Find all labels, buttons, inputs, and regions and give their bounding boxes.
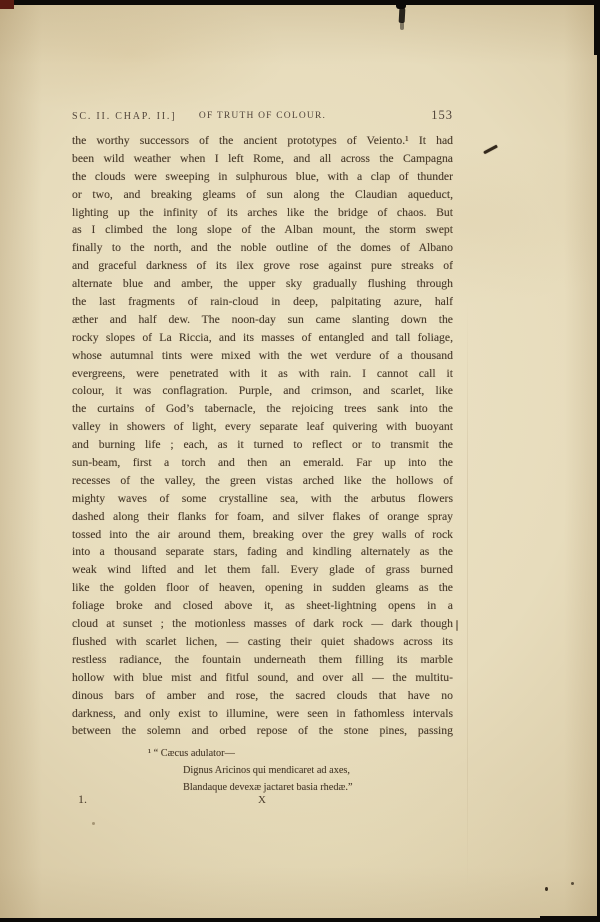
text-line: restless radiance, the fountain undernea… xyxy=(72,651,453,669)
scan-edge-right xyxy=(594,0,600,55)
text-line: the worthy successors of the ancient pro… xyxy=(72,132,453,150)
text-line: evergreens, were penetrated with it as w… xyxy=(72,365,453,383)
text-line: darkness, and only exist to illumine, we… xyxy=(72,705,453,723)
text-line: as I climbed the long slope of the Alban… xyxy=(72,221,453,239)
scan-edge-top xyxy=(0,0,600,5)
text-line: tossed into the air around them, breakin… xyxy=(72,526,453,544)
text-line: recesses of the valley, the green vistas… xyxy=(72,472,453,490)
signature-mark: X xyxy=(72,794,453,806)
text-line: colour, it was conflagration. Purple, an… xyxy=(72,382,453,400)
paper-crease xyxy=(467,300,468,890)
text-line: flushed with scarlet lichen, — casting t… xyxy=(72,633,453,651)
scan-edge-bottom xyxy=(540,916,600,922)
text-line: lighting up the infinity of its arches l… xyxy=(72,204,453,222)
running-title: OF TRUTH OF COLOUR. xyxy=(72,111,453,121)
text-line: or two, and breaking gleams of sun along… xyxy=(72,186,453,204)
text-line: the clouds were sweeping in sulphurous b… xyxy=(72,168,453,186)
text-line: the last fragments of rain-cloud in deep… xyxy=(72,293,453,311)
text-line: rocky slopes of La Riccia, and its masse… xyxy=(72,329,453,347)
footnote-line: Dignus Aricinos qui mendicaret ad axes, xyxy=(183,763,448,780)
text-line: dinous bars of amber and rose, the sacre… xyxy=(72,687,453,705)
ink-speck xyxy=(571,882,574,885)
body-text: the worthy successors of the ancient pro… xyxy=(72,132,453,740)
text-line: finally to the north, and the noble outl… xyxy=(72,239,453,257)
margin-dash-mark xyxy=(456,620,458,631)
ink-speck xyxy=(92,822,95,825)
text-line: dashed along their flanks for foam, and … xyxy=(72,508,453,526)
edge-smudge xyxy=(400,22,404,30)
ink-flick-mark xyxy=(483,145,498,155)
text-line: cloud at sunset ; the motionless masses … xyxy=(72,615,453,633)
edge-smudge xyxy=(399,8,406,23)
page-number: 153 xyxy=(431,108,453,123)
text-line: the curtains of God’s tabernacle, the re… xyxy=(72,400,453,418)
book-cover-corner xyxy=(0,0,14,9)
scanned-book-page: SC. II. CHAP. II.] OF TRUTH OF COLOUR. 1… xyxy=(0,0,600,922)
footnote: ¹ “ Cæcus adulator— Dignus Aricinos qui … xyxy=(148,746,448,796)
text-line: mighty waves of some crystalline sea, wi… xyxy=(72,490,453,508)
text-line: sun-beam, first a torch and then an emer… xyxy=(72,454,453,472)
text-line: into a thousand separate stars, fading a… xyxy=(72,543,453,561)
text-line: like the golden floor of heaven, opening… xyxy=(72,579,453,597)
text-line: foliage broke and closed above it, as sh… xyxy=(72,597,453,615)
ink-speck xyxy=(545,887,548,891)
page-paper: SC. II. CHAP. II.] OF TRUTH OF COLOUR. 1… xyxy=(0,0,600,922)
text-line: hollow with blue mist and fitful sound, … xyxy=(72,669,453,687)
text-line: and burning life ; each, as it turned to… xyxy=(72,436,453,454)
text-line: been wild weather when I left Rome, and … xyxy=(72,150,453,168)
footnote-line: ¹ “ Cæcus adulator— xyxy=(148,746,448,763)
text-line: whose autumnal tints were mixed with the… xyxy=(72,347,453,365)
text-line: and graceful darkness of its ilex grove … xyxy=(72,257,453,275)
text-line: alternate blue and amber, the upper sky … xyxy=(72,275,453,293)
page-header: SC. II. CHAP. II.] OF TRUTH OF COLOUR. 1… xyxy=(72,110,453,126)
text-line: weak wind lifted and let them fall. Ever… xyxy=(72,561,453,579)
text-line: between the solemn and orbed repose of t… xyxy=(72,722,453,740)
text-line: æther and half dew. The noon-day sun cam… xyxy=(72,311,453,329)
text-line: valley in showers of light, every separa… xyxy=(72,418,453,436)
scan-edge-bottom xyxy=(0,918,600,922)
